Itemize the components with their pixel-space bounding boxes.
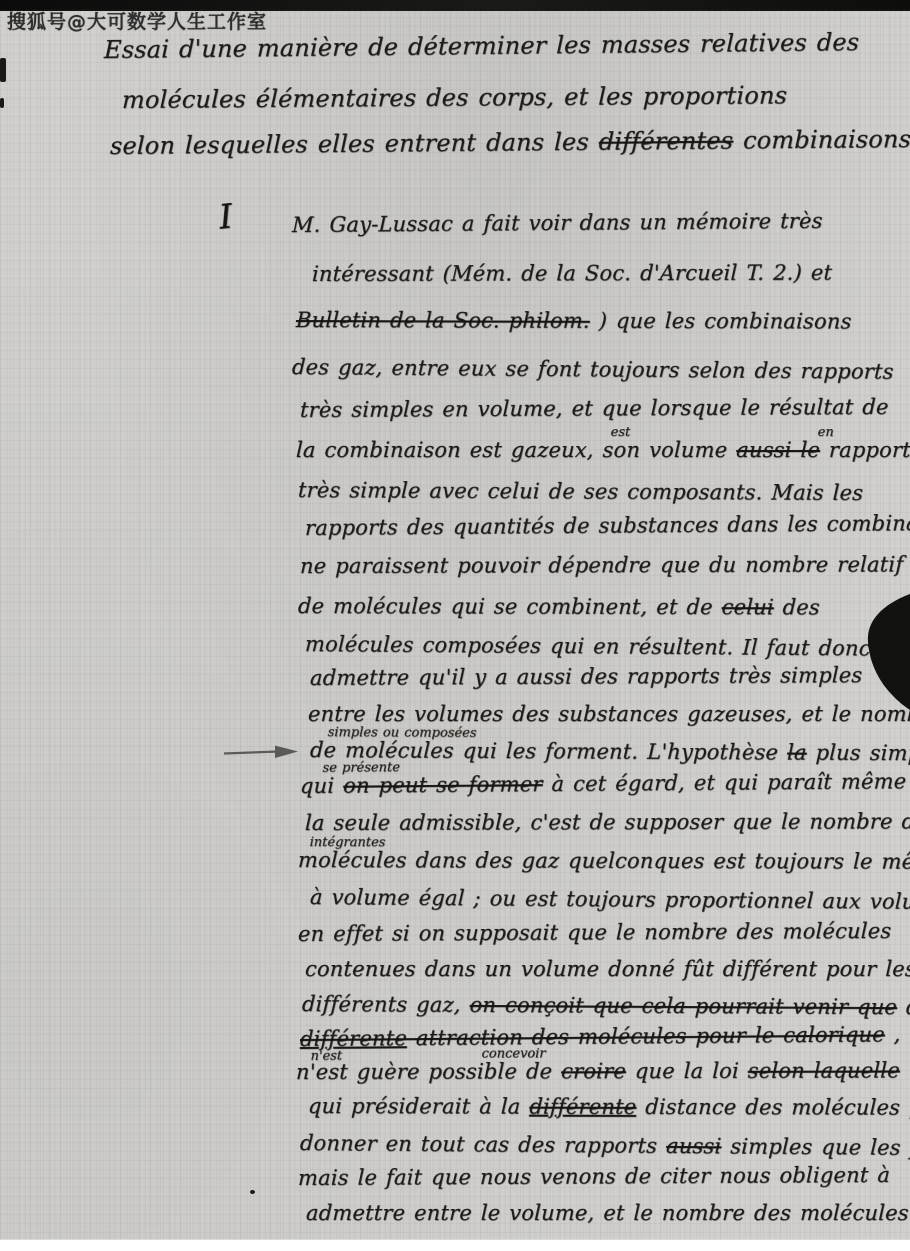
interlinear-insert: intégrantes — [309, 835, 385, 850]
strikethrough-text: pour le calorique — [686, 1022, 885, 1048]
manuscript-text: la seule admissible, c'est de supposer q… — [305, 809, 910, 835]
strikethrough-text: on peut se former — [343, 772, 543, 798]
manuscript-text: contenues dans un volume donné fût diffé… — [305, 957, 910, 981]
manuscript-text: n'est guère possible de — [296, 1059, 562, 1084]
manuscript-text: en effet si on supposait que le nombre d… — [298, 919, 892, 946]
manuscript-line: la combinaison est gazeux, son volume au… — [296, 438, 910, 462]
scan-artifact — [250, 1190, 255, 1194]
interlinear-insert: en — [817, 425, 834, 440]
manuscript-text: rapport — [820, 438, 910, 462]
manuscript-text: ) que les combinaisons — [589, 309, 852, 334]
manuscript-line: Bulletin de la Soc. philom. ) que les co… — [296, 308, 852, 333]
manuscript-text: à volume égal ; ou est toujours proporti… — [309, 885, 910, 914]
manuscript-line: admettre qu'il y a aussi des rapports tr… — [310, 663, 863, 690]
manuscript-line: mais le fait que nous venons de citer no… — [298, 1163, 891, 1190]
manuscript-line: qui on peut se former à cet égard, et qu… — [300, 769, 907, 798]
manuscript-text: intéressant (Mém. de la Soc. d'Arcueil T… — [312, 261, 833, 286]
manuscript-line: à volume égal ; ou est toujours proporti… — [309, 885, 910, 914]
manuscript-line: contenues dans un volume donné fût diffé… — [305, 957, 910, 981]
manuscript-text: à cet égard, et qui paraît même — [542, 769, 906, 796]
manuscript-text: très simples en volume, et que lorsque l… — [300, 395, 889, 422]
manuscript-text: que la loi — [626, 1059, 749, 1083]
manuscript-text: distance des molécules pût — [636, 1095, 910, 1120]
manuscript-line: intéressant (Mém. de la Soc. d'Arcueil T… — [312, 261, 833, 286]
interlinear-insert: concevoir — [481, 1046, 545, 1061]
manuscript-text: plus simple — [806, 741, 910, 766]
manuscript-text: donner en tout cas des rapports — [299, 1131, 666, 1158]
strikethrough-text: aussi le — [736, 438, 821, 462]
manuscript-text: rapports des quantités de substances dan… — [305, 511, 910, 540]
scan-bottom-edge — [0, 1239, 910, 1251]
manuscript-text: des gaz, entre eux se font toujours selo… — [291, 355, 894, 384]
strikethrough-text: différente — [300, 1026, 408, 1051]
manuscript-text: molécules composées qui en résultent. Il… — [304, 632, 871, 660]
scan-artifact — [0, 98, 4, 108]
manuscript-text: différents gaz, — [302, 992, 471, 1017]
manuscript-text: molécules dans des gaz quelconques est t… — [298, 848, 910, 874]
manuscript-line: molécules dans des gaz quelconques est t… — [298, 848, 910, 874]
manuscript-line: de molécules qui se combinent, et de cel… — [298, 594, 821, 619]
manuscript-text: admettre entre le volume, et le nombre d… — [306, 1201, 910, 1225]
scan-artifact — [0, 58, 6, 82]
manuscript-text: la combinaison est gazeux, son volume — [296, 438, 737, 462]
manuscript-line: admettre entre le volume, et le nombre d… — [306, 1201, 910, 1225]
manuscript-text: ne paraissent pouvoir dépendre que du no… — [300, 552, 904, 578]
manuscript-line: en effet si on supposait que le nombre d… — [298, 919, 892, 946]
manuscript-line: entre les volumes des substances gazeuse… — [308, 702, 910, 726]
manuscript-text: des — [773, 595, 820, 619]
manuscript-text: qui — [300, 774, 344, 798]
manuscript-text: très simple avec celui de ses composants… — [298, 478, 864, 505]
manuscript-line: très simples en volume, et que lorsque l… — [300, 395, 889, 422]
strikethrough-text: aussi — [666, 1134, 722, 1158]
strikethrough-text: croire — [561, 1059, 627, 1083]
strikethrough-text: attraction des molécules — [407, 1024, 687, 1050]
manuscript-text: , il — [885, 1022, 910, 1046]
interlinear-insert: est — [610, 425, 630, 440]
manuscript-text: simples que les faits — [721, 1134, 910, 1160]
manuscript-line: qui présiderait à la différente distance… — [308, 1094, 910, 1120]
strikethrough-text: on conçoit que cela pourrait venir que — [469, 993, 897, 1019]
manuscript-line: donner en tout cas des rapports aussi si… — [299, 1131, 910, 1160]
manuscript-line: des gaz, entre eux se font toujours selo… — [291, 355, 894, 384]
manuscript-line: très simple avec celui de ses composants… — [298, 478, 864, 505]
manuscript-text: qui présiderait à la — [308, 1094, 530, 1119]
interlinear-insert: se présente — [322, 760, 400, 776]
strikethrough-text: différente — [529, 1095, 637, 1119]
manuscript-text: mais le fait que nous venons de citer no… — [298, 1163, 891, 1190]
manuscript-text: de la — [897, 995, 910, 1019]
manuscript-line: molécules composées qui en résultent. Il… — [304, 632, 871, 660]
manuscript-line: rapports des quantités de substances dan… — [305, 511, 910, 540]
manuscript-line: M. Gay-Lussac a fait voir dans un mémoir… — [292, 209, 823, 237]
manuscript-line: différente attraction des molécules pour… — [300, 1022, 910, 1051]
strikethrough-text: celui — [721, 595, 774, 619]
manuscript-text: admettre qu'il y a aussi des rapports tr… — [310, 663, 863, 690]
manuscript-body: M. Gay-Lussac a fait voir dans un mémoir… — [0, 0, 910, 1251]
manuscript-text: M. Gay-Lussac a fait voir dans un mémoir… — [292, 209, 823, 237]
manuscript-line: ne paraissent pouvoir dépendre que du no… — [300, 552, 904, 578]
manuscript-line: la seule admissible, c'est de supposer q… — [305, 809, 910, 835]
strikethrough-text: Bulletin de la Soc. philom. — [296, 308, 591, 333]
manuscript-scan-page: 搜狐号@大可数学人生工作室 Essai d'une manière de dét… — [0, 0, 910, 1251]
strikethrough-text: selon laquelle — [747, 1058, 900, 1082]
manuscript-text: de molécules qui se combinent, et de — [298, 594, 723, 619]
interlinear-insert: simples ou composées — [327, 725, 476, 741]
manuscript-text: entre les volumes des substances gazeuse… — [308, 702, 910, 726]
strikethrough-text: la — [787, 741, 808, 765]
manuscript-line: différents gaz, on conçoit que cela pour… — [302, 992, 910, 1019]
page-curl-shadow — [858, 592, 910, 714]
manuscript-line: n'est guère possible de croire que la lo… — [296, 1058, 901, 1084]
